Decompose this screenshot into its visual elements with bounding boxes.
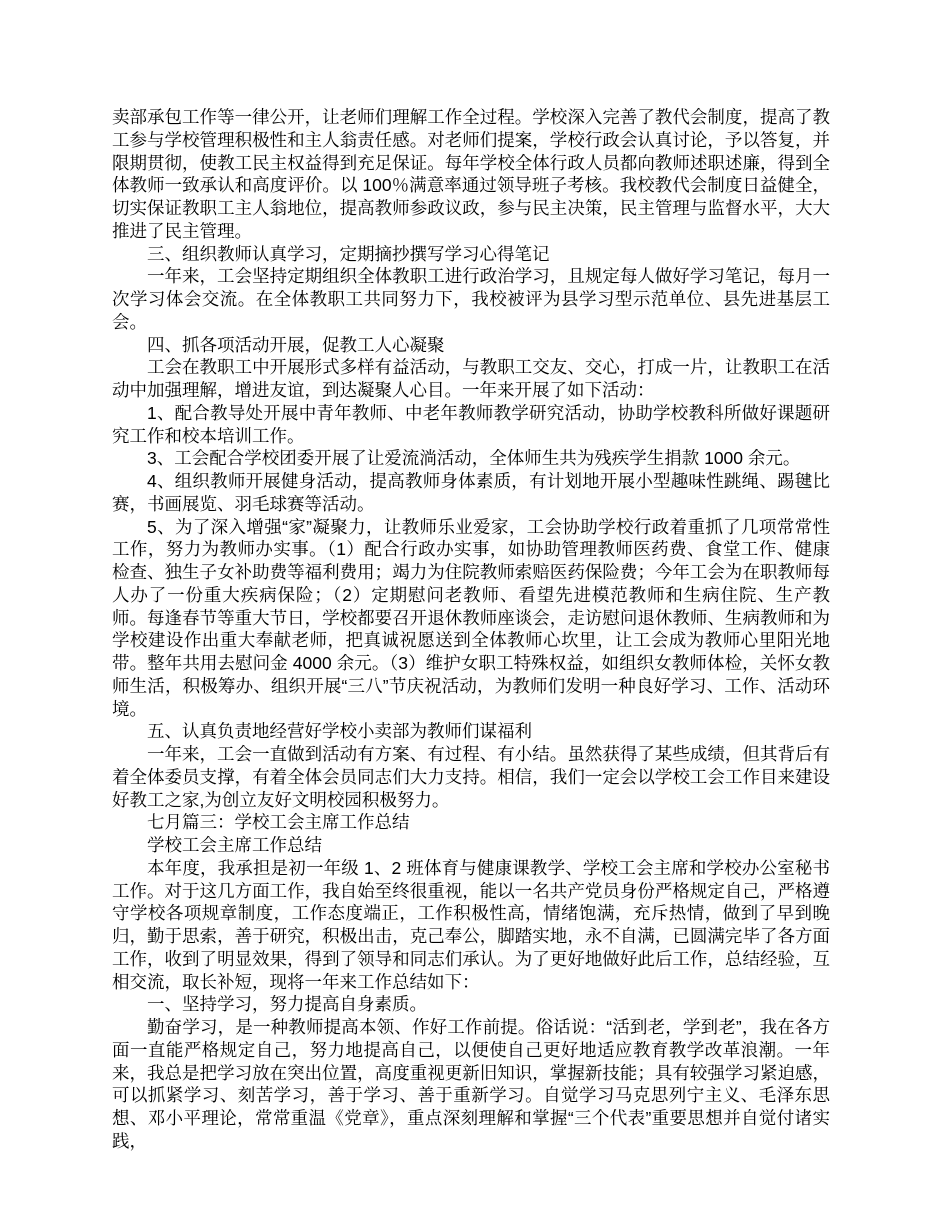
body-paragraph: 工会在教职工中开展形式多样有益活动，与教职工交友、交心，打成一片，让教职工在活动…	[112, 356, 830, 402]
list-item-paragraph: 4、组织教师开展健身活动，提高教师身体素质，有计划地开展小型趣味性跳绳、踢毽比赛…	[112, 470, 830, 516]
body-paragraph: 一年来，工会坚持定期组织全体教职工进行政治学习，且规定每人做好学习笔记，每月一次…	[112, 265, 830, 333]
list-item-paragraph: 1、配合教导处开展中青年教师、中老年教师教学研究活动，协助学校教科所做好课题研究…	[112, 402, 830, 448]
body-paragraph: 一年来，工会一直做到活动有方案、有过程、有小结。虽然获得了某些成绩，但其背后有着…	[112, 743, 830, 811]
body-paragraph: 勤奋学习，是一种教师提高本领、作好工作前提。俗话说：“活到老，学到老”，我在各方…	[112, 1016, 830, 1153]
section-heading: 四、抓各项活动开展，促教工人心凝聚	[112, 334, 830, 357]
list-item-paragraph: 5、为了深入增强“家”凝聚力，让教师乐业爱家，工会协助学校行政着重抓了几项常常性…	[112, 516, 830, 721]
section-heading: 一、坚持学习，努力提高自身素质。	[112, 993, 830, 1016]
list-item-paragraph: 3、工会配合学校团委开展了让爱流淌活动，全体师生共为残疾学生捐款 1000 余元…	[112, 447, 830, 470]
document-title: 学校工会主席工作总结	[112, 834, 830, 857]
document-body: 卖部承包工作等一律公开，让老师们理解工作全过程。学校深入完善了教代会制度，提高了…	[112, 106, 830, 1153]
section-heading: 三、组织教师认真学习，定期摘抄撰写学习心得笔记	[112, 243, 830, 266]
section-heading: 七月篇三：学校工会主席工作总结	[112, 811, 830, 834]
continuation-paragraph: 卖部承包工作等一律公开，让老师们理解工作全过程。学校深入完善了教代会制度，提高了…	[112, 106, 830, 243]
section-heading: 五、认真负责地经营好学校小卖部为教师们谋福利	[112, 720, 830, 743]
body-paragraph: 本年度，我承担是初一年级 1、2 班体育与健康课教学、学校工会主席和学校办公室秘…	[112, 857, 830, 994]
document-page: 卖部承包工作等一律公开，让老师们理解工作全过程。学校深入完善了教代会制度，提高了…	[0, 0, 950, 1230]
